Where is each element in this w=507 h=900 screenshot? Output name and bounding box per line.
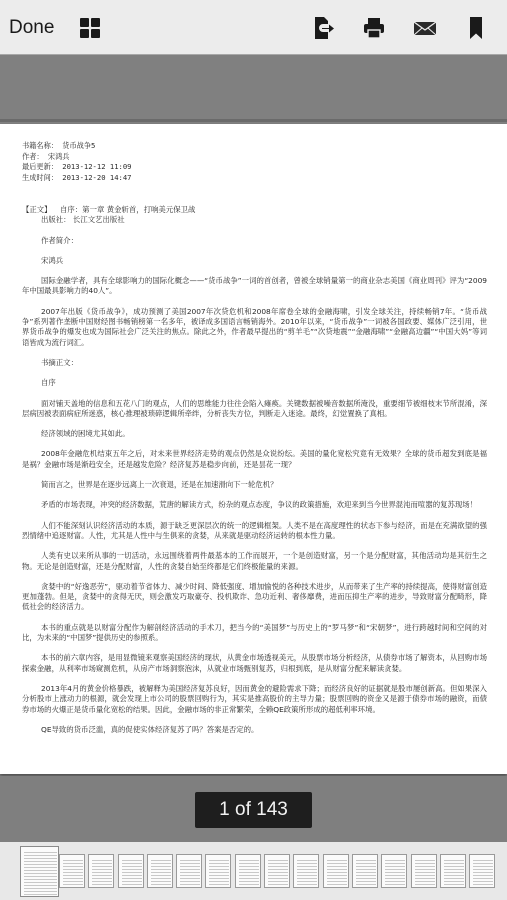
thumbnail-page[interactable]	[381, 854, 407, 888]
meta-book-title: 书籍名称： 货币战争5	[22, 141, 487, 152]
paragraph: 本书的重点就是以财富分配作为解剖经济活动的手术刀，把当今的“美国梦”与历史上的“…	[22, 623, 487, 644]
thumbnail-page[interactable]	[469, 854, 495, 888]
thumbnail-page[interactable]	[411, 854, 437, 888]
author-name: 宋鸿兵	[22, 256, 487, 266]
publisher: 出版社： 长江文艺出版社	[22, 215, 487, 225]
thumbnail-page[interactable]	[323, 854, 349, 888]
top-toolbar: Done	[0, 0, 507, 55]
paragraph: 矛盾的市场表现，冲突的经济数据，荒唐的解读方式，纷杂的观点态度，争议的政策措施，…	[22, 500, 487, 510]
paragraph: 经济领域的困境尤其如此。	[22, 429, 487, 439]
paragraph: 面对铺天盖地的信息和五花八门的观点，人们的思维能力往往会陷入瘫痪。关键数据被噪音…	[22, 399, 487, 420]
thumbnail-page[interactable]	[293, 854, 319, 888]
paragraph: 2008年金融危机结束五年之后，对未来世界经济走势的观点仍然是众说纷纭。美国的量…	[22, 449, 487, 470]
canvas-bottom: 1 of 143	[0, 776, 507, 842]
paragraph: 2007年出版《货币战争》，成功预测了美国2007年次贷危机和2008年席卷全球…	[22, 307, 487, 348]
canvas-top	[0, 56, 507, 122]
meta-generated: 生成时间： 2013-12-20 14:47	[22, 173, 487, 184]
thumbnail-page[interactable]	[147, 854, 173, 888]
thumbnail-list	[20, 845, 498, 897]
author-intro-label: 作者简介：	[22, 236, 487, 246]
meta-author: 作者： 宋鸿兵	[22, 152, 487, 163]
zhengwen-tag: 【正文】	[22, 205, 60, 215]
thumbnail-page[interactable]	[264, 854, 290, 888]
thumbnail-page[interactable]	[88, 854, 114, 888]
book-metadata: 书籍名称： 货币战争5 作者： 宋鸿兵 最后更新： 2013-12-12 11:…	[22, 141, 487, 183]
preface-label: 自序	[22, 378, 487, 388]
paragraph: 2013年4月的黄金价格暴跌，被解释为美国经济复苏良好，因而黄金的避险需求下降；…	[22, 684, 487, 715]
paragraph: QE导致的货币泛滥，真的促使实体经济复苏了吗？答案是否定的。	[22, 725, 487, 735]
thumbnail-page[interactable]	[352, 854, 378, 888]
paragraph: 简而言之，世界是在逐步远离上一次衰退，还是在加速滑向下一轮危机？	[22, 480, 487, 490]
bookmark-icon[interactable]	[463, 15, 489, 41]
paragraph: 人们不能深刻认识经济活动的本质，源于缺乏更深层次的统一的逻辑框架。人类不是在高度…	[22, 521, 487, 542]
mail-icon[interactable]	[412, 15, 438, 41]
thumbnail-page[interactable]	[59, 854, 85, 888]
paragraph: 国际金融学者，具有全球影响力的国际化概念——“货币战争”一词的首创者，曾被全球销…	[22, 276, 487, 297]
document-page[interactable]: 书籍名称： 货币战争5 作者： 宋鸿兵 最后更新： 2013-12-12 11:…	[0, 124, 507, 774]
thumbnail-page[interactable]	[440, 854, 466, 888]
thumbnail-page[interactable]	[205, 854, 231, 888]
thumbnail-strip[interactable]	[0, 842, 507, 900]
print-icon[interactable]	[361, 15, 387, 41]
grid-icon[interactable]	[77, 15, 103, 41]
page-indicator: 1 of 143	[195, 792, 312, 828]
thumbnail-page[interactable]	[235, 854, 261, 888]
done-button[interactable]: Done	[9, 17, 54, 39]
excerpt-label: 书摘正文：	[22, 358, 487, 368]
thumbnail-page[interactable]	[118, 854, 144, 888]
paragraph: 本书的前六章内容，是用显微镜来观察美国经济的现状，从黄金市场透视美元，从股票市场…	[22, 653, 487, 674]
chapter-title: 自序：第一章 黄金斩首，打响美元保卫战	[60, 205, 195, 215]
meta-updated: 最后更新： 2013-12-12 11:09	[22, 162, 487, 173]
export-icon[interactable]	[310, 15, 336, 41]
paragraph: 贪婪中的“好逸恶劳”，驱动着节省体力、减少时间、降低强度、增加愉悦的各种技术进步…	[22, 582, 487, 613]
thumbnail-page[interactable]	[176, 854, 202, 888]
chapter-heading-row: 【正文】 自序：第一章 黄金斩首，打响美元保卫战	[22, 205, 487, 215]
thumbnail-page-1[interactable]	[20, 846, 59, 897]
paragraph: 人类有史以来所从事的一切活动，永远围绕着两件最基本的工作而展开，一个是创造财富，…	[22, 551, 487, 572]
